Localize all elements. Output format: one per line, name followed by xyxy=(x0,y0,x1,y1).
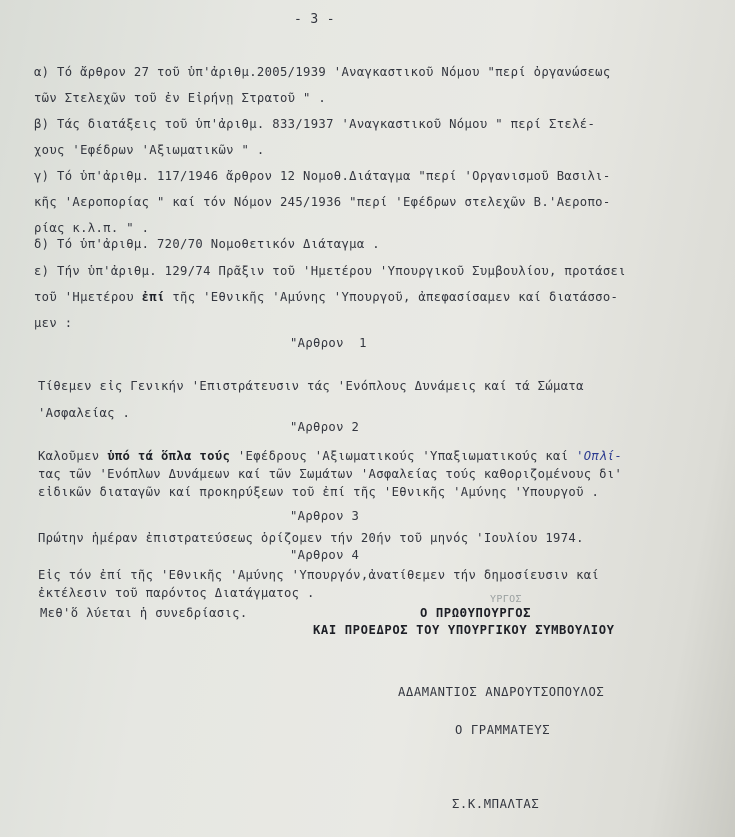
secretary-title: Ο ΓΡΑΜΜΑΤΕΥΣ xyxy=(455,723,550,737)
closing-line: Μεθ'ὅ λύεται ἡ συνεδρίασις. xyxy=(40,606,248,620)
article-4-text-1: Εἰς τόν ἐπί τῆς 'Εθνικῆς 'Αμύνης 'Υπουργ… xyxy=(38,568,599,582)
clause-a-line1: α) Τό ἄρθρον 27 τοῦ ὑπ'ἀριθμ.2005/1939 '… xyxy=(34,65,611,79)
clause-a-line2: τῶν Στελεχῶν τοῦ ἐν Εἰρήνῃ Στρατοῦ " . xyxy=(34,91,326,105)
article-2-text-2: τας τῶν 'Ενόπλων Δυνάμεων καί τῶν Σωμάτω… xyxy=(38,467,622,481)
page-number: - 3 - xyxy=(294,12,335,27)
article-2-handwritten: 'Οπλί- xyxy=(576,449,622,463)
clause-d-line1: δ) Τό ὑπ'ἀριθμ. 720/70 Νομοθετικόν Διάτα… xyxy=(34,237,380,251)
faint-stamp: ΥΡΓΟΣ xyxy=(490,594,522,605)
article-4-heading: "Αρθρον 4 xyxy=(290,548,359,562)
article-2-bold: ὑπό τά ὅπλα τούς xyxy=(107,449,230,463)
secretary-name: Σ.Κ.ΜΠΑΛΤΑΣ xyxy=(452,797,539,811)
article-2-post: 'Εφέδρους 'Αξιωματικούς 'Υπαξιωματικούς … xyxy=(230,449,576,463)
article-2-heading: "Αρθρον 2 xyxy=(290,420,359,434)
article-2-pre: Καλοῦμεν xyxy=(38,449,107,463)
article-1-text-1: Τίθεμεν εἰς Γενικήν 'Επιστράτευσιν τάς '… xyxy=(38,379,584,393)
clause-c-line2: κῆς 'Αεροπορίας " καί τόν Νόμον 245/1936… xyxy=(34,195,611,209)
article-3-text-1: Πρώτην ἡμέραν ἐπιστρατεύσεως ὁρίζομεν τή… xyxy=(38,531,584,545)
clause-b-line1: β) Τάς διατάξεις τοῦ ὑπ'ἀριθμ. 833/1937 … xyxy=(34,117,595,131)
clause-e-line2-pre: τοῦ 'Ημετέρου xyxy=(34,290,142,304)
pm-title-2: ΚΑΙ ΠΡΟΕΔΡΟΣ ΤΟΥ ΥΠΟΥΡΓΙΚΟΥ ΣΥΜΒΟΥΛΙΟΥ xyxy=(313,623,615,637)
article-4-text-2: ἐκτέλεσιν τοῦ παρόντος Διατάγματος . xyxy=(38,586,315,600)
clause-c-line1: γ) Τό ὑπ'ἀριθμ. 117/1946 ἄρθρον 12 Νομοθ… xyxy=(34,169,611,183)
clause-c-line3: ρίας κ.λ.π. " . xyxy=(34,221,149,235)
clause-e-line2: τοῦ 'Ημετέρου ἐπί τῆς 'Εθνικῆς 'Αμύνης '… xyxy=(34,290,618,304)
clause-e-line2-bold: ἐπί xyxy=(142,290,165,304)
clause-e-line3: μεν : xyxy=(34,316,72,330)
article-1-heading: "Αρθρον 1 xyxy=(290,336,367,350)
pm-title-1: Ο ΠΡΩΘΥΠΟΥΡΓΟΣ xyxy=(420,606,531,620)
clause-b-line2: χους 'Εφέδρων 'Αξιωματικῶν " . xyxy=(34,143,265,157)
clause-e-line1: ε) Τήν ὑπ'ἀριθμ. 129/74 Πρᾶξιν τοῦ 'Ημετ… xyxy=(34,264,626,278)
document-page: - 3 - α) Τό ἄρθρον 27 τοῦ ὑπ'ἀριθμ.2005/… xyxy=(0,0,735,837)
article-2-text-3: εἰδικῶν διαταγῶν καί προκηρύξεων τοῦ ἐπί… xyxy=(38,485,599,499)
clause-e-line2-post: τῆς 'Εθνικῆς 'Αμύνης 'Υπουργοῦ, ἀπεφασίσ… xyxy=(165,290,619,304)
article-3-heading: "Αρθρον 3 xyxy=(290,509,359,523)
article-1-text-2: 'Ασφαλείας . xyxy=(38,406,130,420)
article-2-text-1: Καλοῦμεν ὑπό τά ὅπλα τούς 'Εφέδρους 'Αξι… xyxy=(38,449,622,463)
pm-name: ΑΔΑΜΑΝΤΙΟΣ ΑΝΔΡΟΥΤΣΟΠΟΥΛΟΣ xyxy=(398,685,604,699)
